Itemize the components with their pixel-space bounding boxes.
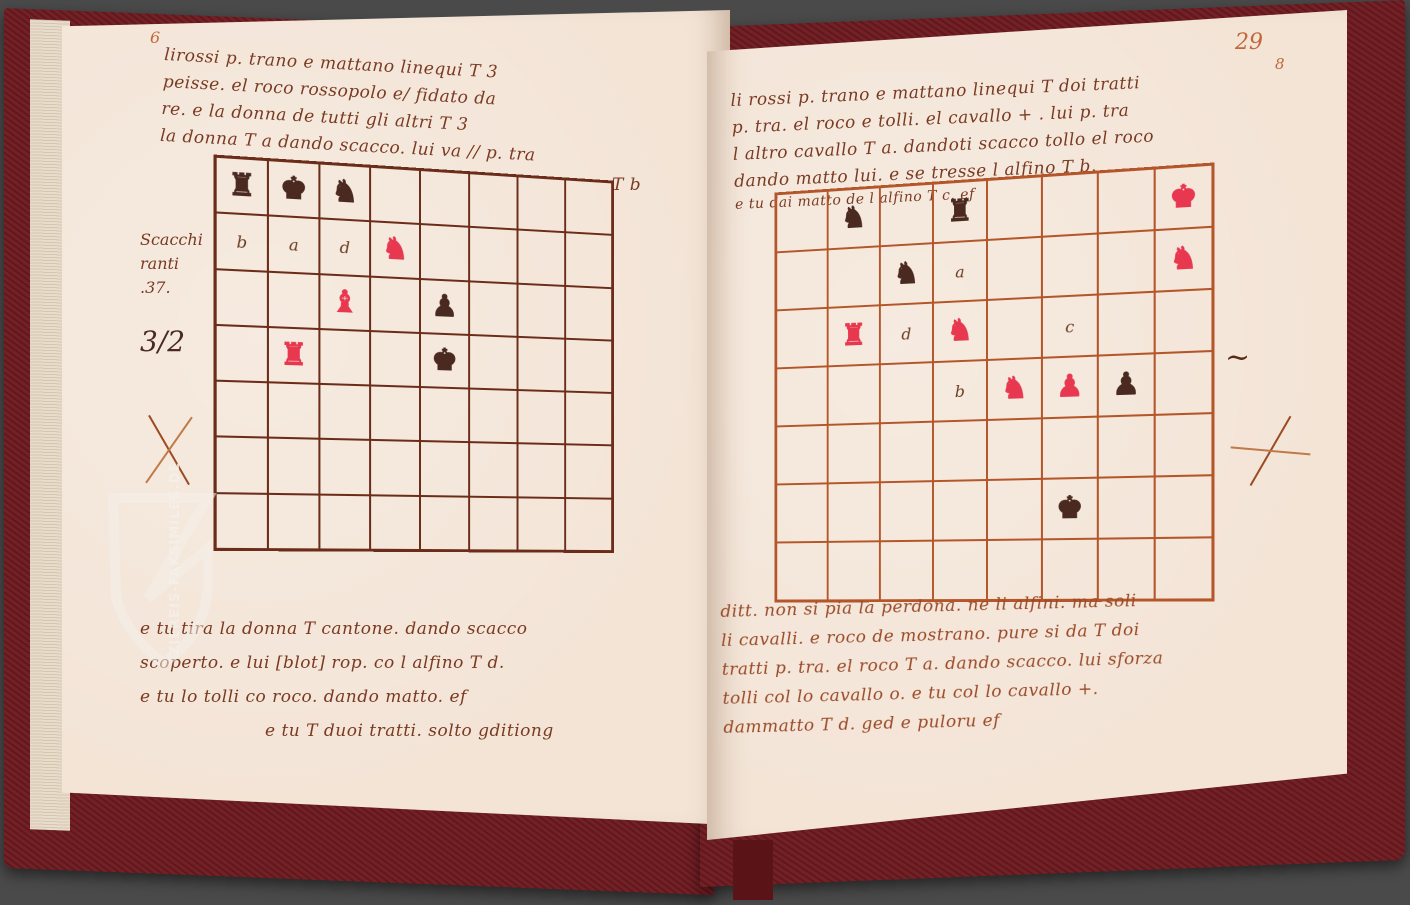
left-line-end-note: T b <box>612 172 641 199</box>
board-square <box>828 364 880 425</box>
knight-piece-icon: ♞ <box>1169 243 1197 275</box>
zz-shield-logo-icon <box>108 488 218 668</box>
board-square <box>828 246 880 308</box>
board-square: c <box>1042 295 1098 358</box>
board-square: ♜ <box>828 305 880 366</box>
folio-number: 29 <box>1235 30 1263 55</box>
board-square: ♚ <box>1155 165 1213 231</box>
board-square <box>420 387 469 442</box>
board-square <box>828 423 880 483</box>
pawn-piece-icon: ♟ <box>1056 371 1083 402</box>
board-square: ♞ <box>880 243 933 305</box>
board-square: ♚ <box>1042 478 1098 540</box>
king-piece-icon: ♚ <box>1056 493 1083 524</box>
board-square: d <box>880 303 933 365</box>
left-margin-notes: Scacchi ranti .37. 3/2 <box>140 228 203 354</box>
right-bottom-text: ditt. non si pia la perdona. ne li alfin… <box>720 586 1165 743</box>
board-square <box>469 443 517 498</box>
rook-piece-icon: ♜ <box>228 170 256 203</box>
board-square <box>1042 233 1098 297</box>
rook-piece-icon: ♜ <box>280 340 308 372</box>
board-square <box>776 366 827 426</box>
board-square <box>776 483 827 542</box>
board-square <box>933 480 987 541</box>
board-square <box>518 230 566 286</box>
board-square: ♜ <box>216 157 268 216</box>
square-label: d <box>340 238 350 258</box>
rook-piece-icon: ♜ <box>947 196 973 228</box>
board-square <box>370 495 420 550</box>
board-square <box>319 494 370 549</box>
board-square <box>420 170 469 227</box>
board-square <box>987 176 1042 240</box>
board-square <box>1098 415 1155 478</box>
board-square <box>216 437 268 494</box>
board-square <box>987 418 1042 480</box>
king-piece-icon: ♚ <box>431 345 457 376</box>
board-square <box>518 176 566 232</box>
margin-note: Scacchi <box>140 228 203 252</box>
board-square <box>880 481 933 541</box>
knight-piece-icon: ♞ <box>841 203 867 234</box>
board-square: b <box>216 213 268 272</box>
board-square <box>469 173 517 230</box>
board-square: ♞ <box>1155 227 1213 292</box>
board-square: ♞ <box>933 300 987 362</box>
board-square <box>776 425 827 485</box>
left-chess-board: ♜♚♞bad♞♝♟♜♚ <box>214 155 614 553</box>
folio-sub: 8 <box>1275 55 1285 73</box>
board-square <box>565 232 612 287</box>
board-square <box>216 493 268 549</box>
board-square <box>319 384 370 440</box>
board-square <box>1098 292 1155 356</box>
board-square <box>216 269 268 327</box>
pawn-piece-icon: ♟ <box>1112 369 1140 401</box>
board-square: ♟ <box>1098 353 1155 416</box>
watermark-text: ZIEREIS-FAKSIMILES.DE <box>168 462 183 655</box>
board-square <box>319 329 370 386</box>
board-square <box>880 184 933 247</box>
board-square <box>1042 172 1098 236</box>
margin-note: 3/2 <box>140 330 203 354</box>
board-square: a <box>268 216 319 274</box>
margin-note: ranti <box>140 252 203 276</box>
board-square <box>776 191 827 253</box>
right-chess-board: ♞♜♚♞a♞♜d♞cb♞♟♟♚ <box>774 162 1214 602</box>
board-square <box>370 440 420 495</box>
square-label: d <box>901 324 911 343</box>
board-square <box>565 339 612 394</box>
board-square <box>1155 351 1213 415</box>
board-square <box>268 438 319 494</box>
king-piece-icon: ♚ <box>1169 181 1197 214</box>
board-square <box>469 281 517 337</box>
board-square <box>987 479 1042 540</box>
square-label: a <box>955 262 964 281</box>
knight-piece-icon: ♞ <box>947 316 973 347</box>
board-square <box>776 308 827 369</box>
board-square <box>1155 475 1213 538</box>
board-square <box>880 362 933 423</box>
left-top-text: lirossi p. trano e mattano linequi T 3 p… <box>159 42 540 170</box>
knight-piece-icon: ♞ <box>382 234 409 266</box>
board-square <box>370 276 420 333</box>
board-square: d <box>319 219 370 277</box>
board-square <box>469 227 517 283</box>
board-square <box>319 439 370 495</box>
board-square <box>420 496 469 551</box>
square-label: c <box>1065 316 1074 336</box>
square-label: b <box>955 381 965 400</box>
board-square <box>1098 230 1155 294</box>
board-square <box>268 271 319 329</box>
board-square: ♚ <box>268 160 319 218</box>
square-label: b <box>237 232 248 252</box>
board-square <box>518 283 566 338</box>
board-square <box>933 420 987 481</box>
board-square <box>776 542 827 601</box>
board-square <box>420 441 469 496</box>
board-square <box>518 497 566 551</box>
board-square <box>370 331 420 387</box>
board-square <box>370 167 420 225</box>
board-square <box>776 249 827 310</box>
square-label: a <box>289 235 299 255</box>
board-square <box>1042 417 1098 479</box>
text-line: e tu T duoi tratti. solto gditiong <box>140 714 554 748</box>
board-square: ♞ <box>987 358 1042 420</box>
board-square <box>469 389 517 444</box>
board-square <box>370 386 420 442</box>
board-square: ♞ <box>319 163 370 221</box>
board-square <box>1155 537 1213 599</box>
board-square <box>1155 413 1213 476</box>
book-spine <box>733 840 773 900</box>
board-square <box>1098 476 1155 538</box>
bishop-piece-icon: ♝ <box>331 287 358 319</box>
board-square: ♜ <box>268 327 319 384</box>
king-piece-icon: ♚ <box>280 173 308 205</box>
board-square: b <box>933 360 987 422</box>
board-square: ♟ <box>420 279 469 335</box>
margin-note: .37. <box>140 276 203 300</box>
board-square <box>565 179 612 235</box>
board-square: ♜ <box>933 180 987 243</box>
board-square <box>518 444 566 498</box>
board-square <box>518 390 566 445</box>
board-square <box>268 382 319 439</box>
board-square <box>828 541 880 600</box>
board-square <box>880 422 933 483</box>
pawn-piece-icon: ♟ <box>431 291 457 322</box>
board-square <box>469 335 517 390</box>
board-square <box>1098 169 1155 234</box>
board-square <box>268 494 319 550</box>
knight-piece-icon: ♞ <box>1001 373 1028 404</box>
board-square <box>828 482 880 542</box>
board-square: ♟ <box>1042 356 1098 419</box>
board-square <box>469 496 517 550</box>
right-margin-note: ~ <box>1225 340 1250 375</box>
board-square <box>518 337 566 392</box>
knight-piece-icon: ♞ <box>893 259 919 290</box>
board-square <box>216 381 268 438</box>
board-square <box>420 224 469 281</box>
board-square: ♞ <box>370 221 420 278</box>
board-square: ♝ <box>319 274 370 331</box>
board-square <box>565 286 612 341</box>
board-square: ♚ <box>420 333 469 389</box>
board-square <box>987 297 1042 360</box>
board-square <box>565 498 612 551</box>
text-line: e tu lo tolli co roco. dando matto. ef <box>140 680 554 714</box>
board-square <box>880 541 933 601</box>
board-square <box>565 392 612 446</box>
board-square <box>216 325 268 383</box>
board-square: ♞ <box>828 187 880 249</box>
board-square: a <box>933 240 987 303</box>
board-square <box>565 445 612 499</box>
rook-piece-icon: ♜ <box>841 321 867 352</box>
knight-piece-icon: ♞ <box>331 177 358 209</box>
board-square <box>1155 289 1213 353</box>
board-square <box>987 237 1042 300</box>
left-corner-mark: 6 <box>150 28 160 47</box>
